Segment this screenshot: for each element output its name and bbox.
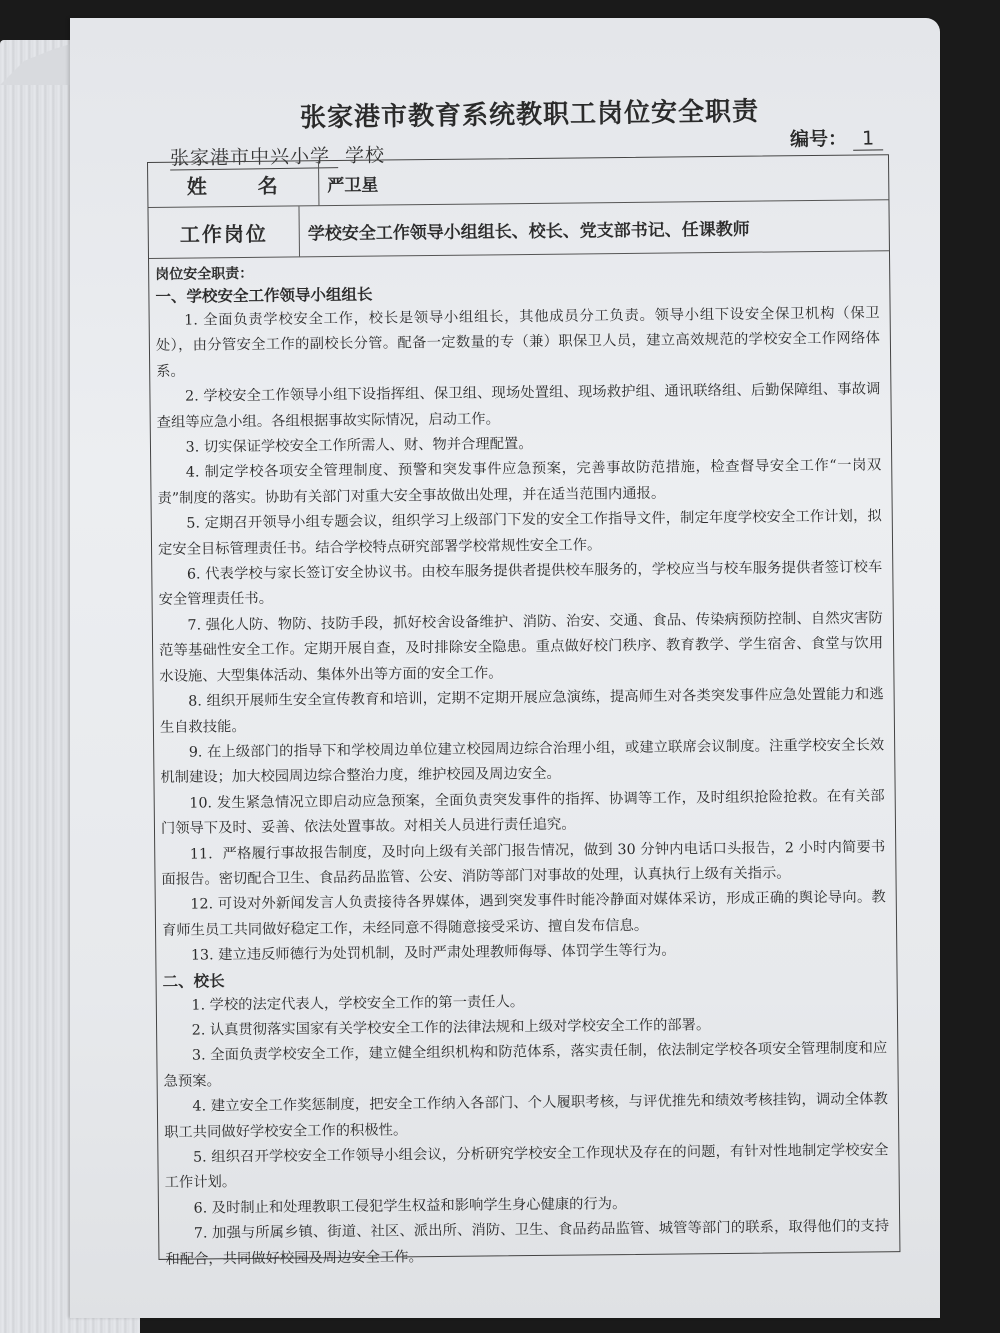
duty-item: 2. 学校安全工作领导小组下设指挥组、保卫组、现场处置组、现场救护组、通讯联络组… xyxy=(156,378,880,436)
serial-value: 1 xyxy=(853,127,883,150)
duty-item: 10. 发生紧急情况立即启动应急预案，全面负责突发事件的指挥、协调等工作，及时组… xyxy=(161,784,885,842)
duty-item: 1. 全面负责学校安全工作，校长是领导小组组长，其他成员分工负责。领导小组下设安… xyxy=(156,301,881,385)
duty-item: 5. 定期召开领导小组专题会议，组织学习上级部门下发的安全工作指导文件，制定年度… xyxy=(158,505,882,563)
duty-item: 7. 加强与所属乡镇、街道、社区、派出所、消防、卫生、食品药品监管、城管等部门的… xyxy=(165,1215,889,1273)
name-value: 严卫星 xyxy=(319,155,888,205)
duty-item: 8. 组织开展师生安全宣传教育和培训，定期不定期开展应急演练，提高师生对各类突发… xyxy=(160,682,884,740)
duty-item: 9. 在上级部门的指导下和学校周边单位建立校园周边综合治理小组，或建立联席会议制… xyxy=(160,733,884,791)
duty-item: 6. 代表学校与家长签订安全协议书。由校车服务提供者提供校车服务的，学校应当与校… xyxy=(158,555,882,613)
post-label: 工作岗位 xyxy=(148,206,300,258)
duties-cell: 岗位安全职责： 一、学校安全工作领导小组组长 1. 全面负责学校安全工作，校长是… xyxy=(149,251,899,1259)
serial-number: 编号：1 xyxy=(790,123,883,151)
duty-table: 姓 名 严卫星 工作岗位 学校安全工作领导小组组长、校长、党支部书记、任课教师 … xyxy=(147,154,900,1260)
duty-item: 5. 组织召开学校安全工作领导小组会议，分析研究学校安全工作现状及存在的问题，有… xyxy=(164,1138,888,1196)
post-value: 学校安全工作领导小组组长、校长、党支部书记、任课教师 xyxy=(299,200,888,256)
serial-label: 编号： xyxy=(790,128,847,151)
name-row: 姓 名 严卫星 xyxy=(148,155,888,208)
duty-item: 3. 全面负责学校安全工作，建立健全组织机构和防范体系，落实责任制，依法制定学校… xyxy=(163,1037,887,1095)
duty-item: 7. 强化人防、物防、技防手段，抓好校舍设备维护、消防、治安、交通、食品、传染病… xyxy=(159,606,884,690)
post-row: 工作岗位 学校安全工作领导小组组长、校长、党支部书记、任课教师 xyxy=(148,200,888,259)
document-title: 张家港市教育系统教职工岗位安全职责 xyxy=(300,91,760,134)
duty-item: 11．严格履行事故报告制度，及时向上级有关部门报告情况，做到 30 分钟内电话口… xyxy=(161,835,885,893)
duty-item: 4. 制定学校各项安全管理制度、预警和突发事件应急预案，完善事故防范措施，检查督… xyxy=(157,454,881,512)
duty-item: 12. 可设对外新闻发言人负责接待各界媒体，遇到突发事件时能冷静面对媒体采访，形… xyxy=(162,886,886,944)
name-label: 姓 名 xyxy=(148,161,319,207)
duty-item: 4. 建立安全工作奖惩制度，把安全工作纳入各部门、个人履职考核，与评优推先和绩效… xyxy=(164,1087,888,1145)
